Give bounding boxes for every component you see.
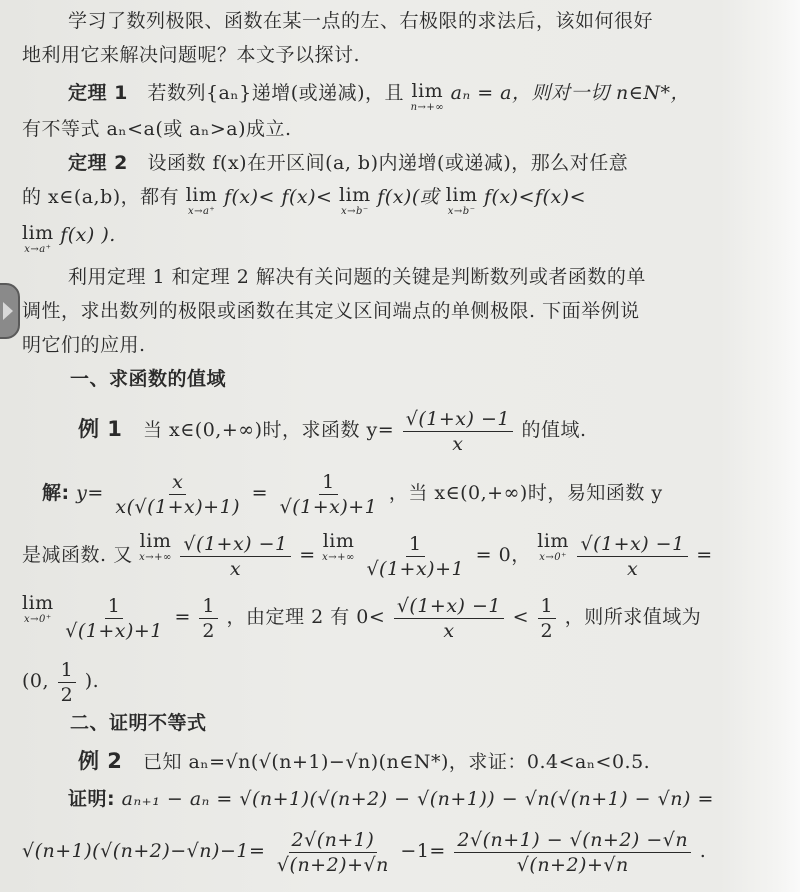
usage-line-3: 明它们的应用. — [22, 332, 782, 358]
solution-1-line-1: 解: y= xx(√(1+x)+1) = 1√(1+x)+1 ，当 x∈(0,+… — [42, 468, 782, 519]
arrow-right-icon — [3, 302, 13, 320]
intro-line-1: 学习了数列极限、函数在某一点的左、右极限的求法后，该如何很好 — [68, 8, 782, 34]
page-nav-button[interactable] — [0, 283, 20, 339]
example-1-label: 例 1 — [78, 417, 122, 441]
solution-1-line-3: limx→0⁺ 1√(1+x)+1 = 12 ，由定理 2 有 0< √(1+x… — [22, 592, 782, 643]
limit-expression: limn→+∞ — [411, 80, 445, 114]
intro-line-2: 地利用它来解决问题呢？本文予以探讨. — [22, 42, 782, 68]
usage-line-2: 调性，求出数列的极限或函数在其定义区间端点的单侧极限. 下面举例说 — [22, 298, 782, 324]
proof-2-line-2: √(n+1)(√(n+2)−√n)−1= 2√(n+1)√(n+2)+√n −1… — [22, 826, 782, 877]
theorem-1-line-2: 有不等式 aₙ<a(或 aₙ>a)成立. — [22, 116, 782, 142]
solution-1-line-2: 是减函数. 又 limx→+∞ √(1+x) −1x = limx→+∞ 1√(… — [22, 530, 782, 581]
solution-label: 解: — [42, 482, 70, 504]
example-1: 例 1 当 x∈(0,+∞)时，求函数 y= √(1+x) −1x 的值域. — [78, 404, 782, 456]
theorem-2-label: 定理 2 — [68, 152, 128, 174]
theorem-2-line-2: 的 x∈(a,b)，都有 limx→a⁺ f(x)< f(x)< limx→b⁻… — [22, 184, 782, 218]
theorem-1-line-1: 定理 1 若数列{aₙ}递增(或递减)，且 limn→+∞ aₙ = a，则对一… — [68, 80, 782, 114]
example-2-label: 例 2 — [78, 749, 122, 773]
theorem-1-label: 定理 1 — [68, 82, 128, 104]
example-2: 例 2 已知 aₙ=√n(√(n+1)−√n)(n∈N*)，求证：0.4<aₙ<… — [78, 748, 782, 775]
theorem-2-line-3: limx→a⁺ f(x) ). — [22, 222, 782, 256]
usage-line-1: 利用定理 1 和定理 2 解决有关问题的关键是判断数列或者函数的单 — [68, 264, 782, 290]
proof-2-line-1: 证明: aₙ₊₁ − aₙ = √(n+1)(√(n+2) − √(n+1)) … — [68, 786, 782, 812]
document-page: 学习了数列极限、函数在某一点的左、右极限的求法后，该如何很好 地利用它来解决问题… — [0, 0, 800, 892]
section-2-heading: 二、证明不等式 — [70, 710, 782, 736]
theorem-1-text-a: 若数列{aₙ}递增(或递减)，且 — [147, 82, 404, 104]
solution-1-result: (0, 12 ). — [22, 656, 782, 707]
theorem-2-line-1: 定理 2 设函数 f(x)在开区间(a, b)内递增(或递减)，那么对任意 — [68, 150, 782, 176]
section-1-heading: 一、求函数的值域 — [70, 366, 782, 392]
theorem-1-text-b: aₙ = a，则对一切 n∈N*， — [451, 82, 690, 104]
proof-label: 证明: — [68, 788, 115, 810]
